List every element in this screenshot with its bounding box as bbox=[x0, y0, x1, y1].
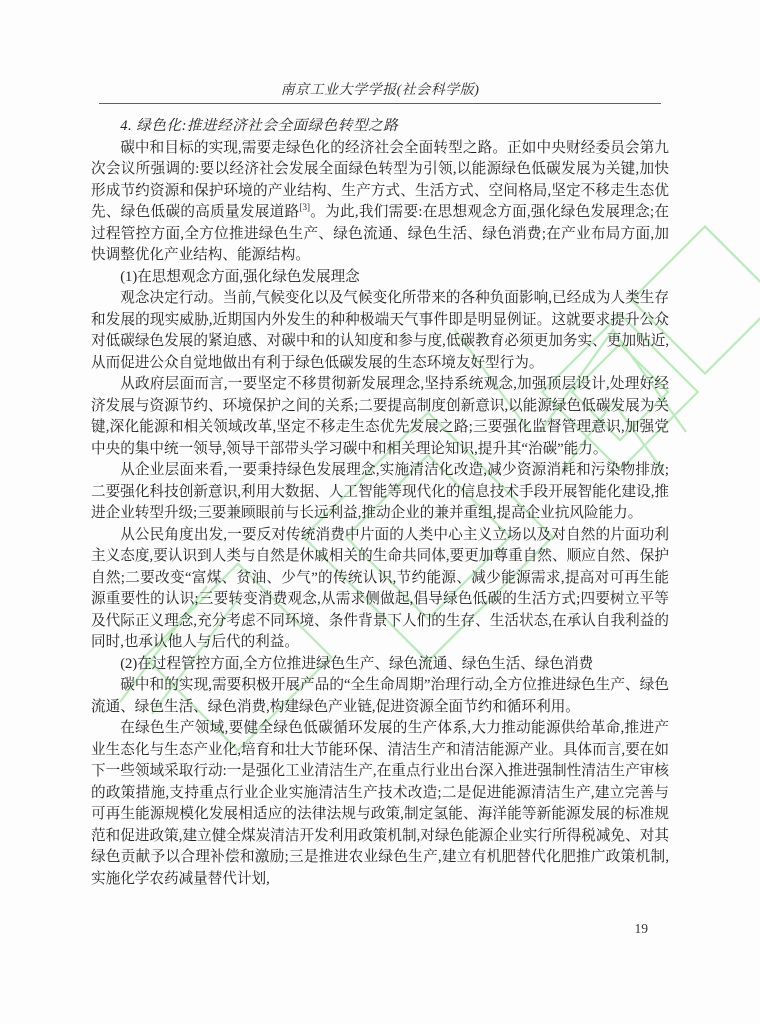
paragraph-concept: 观念决定行动。当前,气候变化以及气候变化所带来的各种负面影响,已经成为人类生存和… bbox=[91, 288, 669, 374]
article-body: 4. 绿色化:推进经济社会全面绿色转型之路 碳中和目标的实现,需要走绿色化的经济… bbox=[91, 116, 669, 890]
journal-page: 南京工业大学学报(社会科学版) 4. 绿色化:推进经济社会全面绿色转型之路 碳中… bbox=[0, 0, 760, 1024]
header-rule bbox=[99, 103, 661, 104]
subsection-heading-1: (1)在思想观念方面,强化绿色发展理念 bbox=[91, 267, 669, 289]
paragraph-citizen: 从公民角度出发,一要反对传统消费中片面的人类中心主义立场以及对自然的片面功利主义… bbox=[91, 525, 669, 654]
paragraph-lifecycle: 碳中和的实现,需要积极开展产品的“全生命周期”治理行动,全方位推进绿色生产、绿色… bbox=[91, 675, 669, 718]
citation-ref: [3] bbox=[299, 202, 310, 212]
paragraph-production: 在绿色生产领域,要健全绿色低碳循环发展的生产体系,大力推动能源供给革命,推进产业… bbox=[91, 718, 669, 890]
paragraph-enterprise: 从企业层面来看,一要秉持绿色发展理念,实施清洁化改造,减少资源消耗和污染物排放;… bbox=[91, 460, 669, 525]
paragraph-government: 从政府层面而言,一要坚定不移贯彻新发展理念,坚持系统观念,加强顶层设计,处理好经… bbox=[91, 374, 669, 460]
journal-title: 南京工业大学学报(社会科学版) bbox=[0, 79, 760, 99]
section-heading: 4. 绿色化:推进经济社会全面绿色转型之路 bbox=[91, 116, 669, 138]
subsection-heading-2: (2)在过程管控方面,全方位推进绿色生产、绿色流通、绿色生活、绿色消费 bbox=[91, 654, 669, 676]
page-number: 19 bbox=[635, 921, 649, 937]
paragraph-intro: 碳中和目标的实现,需要走绿色化的经济社会全面转型之路。正如中央财经委员会第九次会… bbox=[91, 138, 669, 267]
